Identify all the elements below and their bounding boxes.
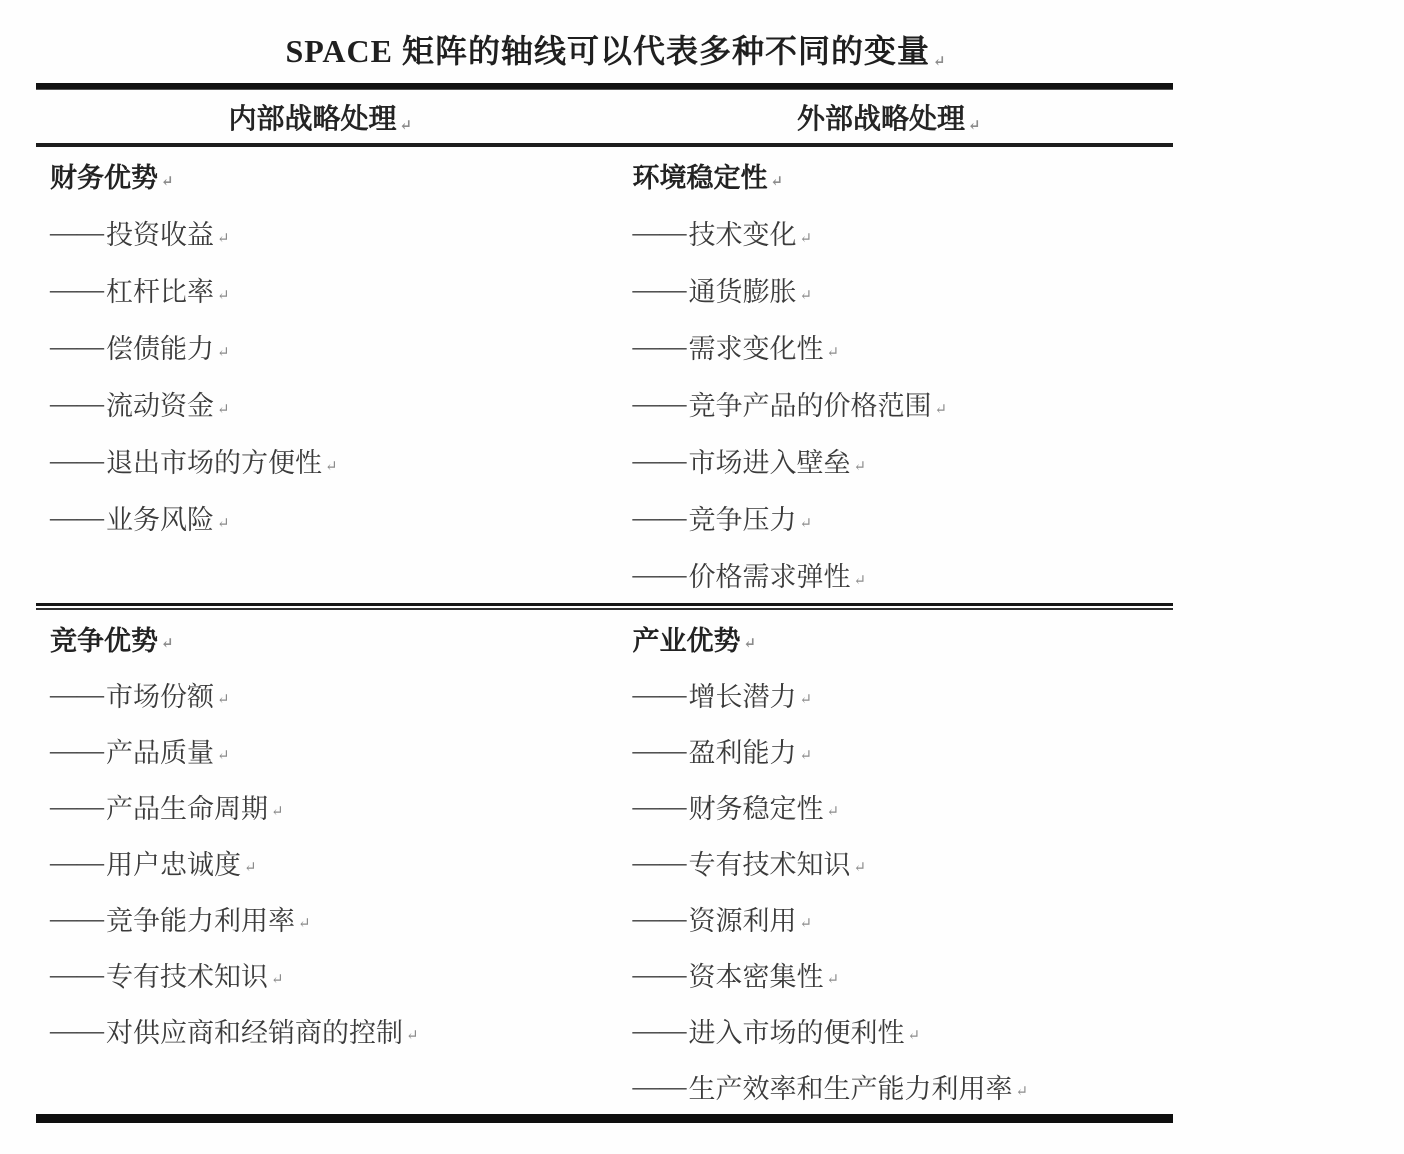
list-item-text: 资源利用 — [689, 899, 797, 938]
item-dash-prefix: —— — [633, 903, 687, 934]
item-dash-prefix: —— — [633, 735, 687, 766]
paragraph-mark: ↵ — [271, 805, 284, 820]
column-header-external: 外部战略处理↵ — [605, 97, 1174, 137]
list-item-text: 竞争产品的价格范围 — [689, 384, 932, 423]
paragraph-mark: ↵ — [827, 346, 840, 361]
paragraph-mark: ↵ — [854, 460, 867, 475]
paragraph-mark: ↵ — [217, 517, 230, 532]
cell-industry-strength: 产业优势↵——增长潜力↵——盈利能力↵——财务稳定性↵——专有技术知识↵——资源… — [605, 610, 1174, 1114]
item-dash-prefix: —— — [50, 903, 104, 934]
paragraph-mark: ↵ — [1016, 1085, 1029, 1100]
item-dash-prefix: —— — [633, 388, 687, 419]
item-dash-prefix: —— — [633, 679, 687, 710]
list-item-text: 竞争能力利用率 — [106, 899, 295, 938]
list-item-text: 流动资金 — [106, 384, 214, 423]
section-heading-text: 财务优势 — [50, 156, 158, 195]
paragraph-mark: ↵ — [935, 403, 948, 418]
list-item-text: 对供应商和经销商的控制 — [106, 1011, 403, 1050]
list-item-text: 业务风险 — [106, 498, 214, 537]
item-dash-prefix: —— — [50, 791, 104, 822]
paragraph-mark: ↵ — [325, 460, 338, 475]
table-header-row: 内部战略处理↵ 外部战略处理↵ — [36, 90, 1173, 143]
item-dash-prefix: —— — [633, 559, 687, 590]
paragraph-mark: ↵ — [800, 517, 813, 532]
list-item: ——偿债能力↵ — [50, 318, 605, 375]
paragraph-mark: ↵ — [800, 693, 813, 708]
space-matrix-table: 内部战略处理↵ 外部战略处理↵ 财务优势↵——投资收益↵——杠杆比率↵——偿债能… — [36, 83, 1173, 1123]
item-dash-prefix: —— — [633, 1071, 687, 1102]
paragraph-mark: ↵ — [244, 861, 257, 876]
table-title: SPACE 矩阵的轴线可以代表多种不同的变量↵ — [36, 26, 1196, 72]
paragraph-mark: ↵ — [827, 973, 840, 988]
item-dash-prefix: —— — [50, 959, 104, 990]
paragraph-mark: ↵ — [854, 574, 867, 589]
list-item: ——竞争压力↵ — [633, 489, 1174, 546]
list-item: ——用户忠诚度↵ — [50, 834, 605, 890]
section-heading: 财务优势↵ — [50, 147, 605, 204]
list-item-text: 进入市场的便利性 — [689, 1011, 905, 1050]
list-item-text: 退出市场的方便性 — [106, 441, 322, 480]
item-dash-prefix: —— — [50, 1015, 104, 1046]
list-item-text: 产品生命周期 — [106, 787, 268, 826]
paragraph-mark: ↵ — [933, 55, 947, 70]
list-item: ——盈利能力↵ — [633, 722, 1174, 778]
list-item: ——市场份额↵ — [50, 666, 605, 722]
list-item: ——竞争能力利用率↵ — [50, 890, 605, 946]
table-section-bottom: 竞争优势↵——市场份额↵——产品质量↵——产品生命周期↵——用户忠诚度↵——竞争… — [36, 610, 1173, 1114]
list-item: ——退出市场的方便性↵ — [50, 432, 605, 489]
item-dash-prefix: —— — [633, 445, 687, 476]
list-item: ——价格需求弹性↵ — [633, 546, 1174, 603]
list-item: ——业务风险↵ — [50, 489, 605, 546]
list-item-text: 投资收益 — [106, 213, 214, 252]
list-item-text: 资本密集性 — [689, 955, 824, 994]
list-item: ——流动资金↵ — [50, 375, 605, 432]
paragraph-mark: ↵ — [744, 637, 757, 652]
cell-competitive-advantage: 竞争优势↵——市场份额↵——产品质量↵——产品生命周期↵——用户忠诚度↵——竞争… — [36, 610, 605, 1058]
item-dash-prefix: —— — [633, 502, 687, 533]
paragraph-mark: ↵ — [800, 917, 813, 932]
paragraph-mark: ↵ — [800, 749, 813, 764]
list-item-text: 通货膨胀 — [689, 270, 797, 309]
scanned-document-page: SPACE 矩阵的轴线可以代表多种不同的变量↵ 内部战略处理↵ 外部战略处理↵ … — [0, 0, 1404, 1154]
item-dash-prefix: —— — [50, 388, 104, 419]
item-dash-prefix: —— — [50, 274, 104, 305]
table-title-text: SPACE 矩阵的轴线可以代表多种不同的变量 — [285, 33, 930, 69]
list-item: ——资本密集性↵ — [633, 946, 1174, 1002]
list-item-text: 市场进入壁垒 — [689, 441, 851, 480]
list-item: ——生产效率和生产能力利用率↵ — [633, 1058, 1174, 1114]
column-header-text: 内部战略处理 — [228, 104, 396, 135]
item-dash-prefix: —— — [633, 959, 687, 990]
section-heading: 竞争优势↵ — [50, 610, 605, 666]
list-item: ——增长潜力↵ — [633, 666, 1174, 722]
item-dash-prefix: —— — [633, 791, 687, 822]
paragraph-mark: ↵ — [800, 289, 813, 304]
paragraph-mark: ↵ — [771, 175, 784, 190]
paragraph-mark: ↵ — [217, 693, 230, 708]
section-heading-text: 竞争优势 — [50, 619, 158, 658]
list-item-text: 专有技术知识 — [106, 955, 268, 994]
section-heading-text: 环境稳定性 — [633, 156, 768, 195]
list-item-text: 财务稳定性 — [689, 787, 824, 826]
item-dash-prefix: —— — [50, 445, 104, 476]
paragraph-mark: ↵ — [854, 861, 867, 876]
item-dash-prefix: —— — [50, 735, 104, 766]
paragraph-mark: ↵ — [271, 973, 284, 988]
section-heading-text: 产业优势 — [633, 619, 741, 658]
paragraph-mark: ↵ — [217, 749, 230, 764]
paragraph-mark: ↵ — [800, 232, 813, 247]
list-item-text: 竞争压力 — [689, 498, 797, 537]
item-dash-prefix: —— — [50, 679, 104, 710]
list-item-text: 技术变化 — [689, 213, 797, 252]
column-header-internal: 内部战略处理↵ — [36, 97, 605, 137]
paragraph-mark: ↵ — [217, 346, 230, 361]
list-item-text: 专有技术知识 — [689, 843, 851, 882]
list-item: ——进入市场的便利性↵ — [633, 1002, 1174, 1058]
list-item-text: 价格需求弹性 — [689, 555, 851, 594]
list-item: ——市场进入壁垒↵ — [633, 432, 1174, 489]
list-item: ——竞争产品的价格范围↵ — [633, 375, 1174, 432]
paragraph-mark: ↵ — [161, 175, 174, 190]
item-dash-prefix: —— — [633, 274, 687, 305]
section-divider-rule — [36, 603, 1173, 610]
item-dash-prefix: —— — [50, 502, 104, 533]
paragraph-mark: ↵ — [908, 1029, 921, 1044]
list-item: ——对供应商和经销商的控制↵ — [50, 1002, 605, 1058]
table-top-rule — [36, 83, 1173, 90]
list-item: ——杠杆比率↵ — [50, 261, 605, 318]
list-item: ——技术变化↵ — [633, 204, 1174, 261]
paragraph-mark: ↵ — [161, 637, 174, 652]
list-item-text: 增长潜力 — [689, 675, 797, 714]
paragraph-mark: ↵ — [217, 232, 230, 247]
list-item: ——产品生命周期↵ — [50, 778, 605, 834]
paragraph-mark: ↵ — [827, 805, 840, 820]
paragraph-mark: ↵ — [406, 1029, 419, 1044]
item-dash-prefix: —— — [50, 331, 104, 362]
column-header-text: 外部战略处理 — [797, 104, 965, 135]
list-item: ——通货膨胀↵ — [633, 261, 1174, 318]
item-dash-prefix: —— — [633, 1015, 687, 1046]
paragraph-mark: ↵ — [399, 119, 412, 134]
list-item-text: 需求变化性 — [689, 327, 824, 366]
item-dash-prefix: —— — [633, 217, 687, 248]
list-item-text: 用户忠诚度 — [106, 843, 241, 882]
cell-financial-strength: 财务优势↵——投资收益↵——杠杆比率↵——偿债能力↵——流动资金↵——退出市场的… — [36, 147, 605, 546]
item-dash-prefix: —— — [633, 331, 687, 362]
table-section-top: 财务优势↵——投资收益↵——杠杆比率↵——偿债能力↵——流动资金↵——退出市场的… — [36, 147, 1173, 603]
list-item-text: 杠杆比率 — [106, 270, 214, 309]
list-item: ——专有技术知识↵ — [633, 834, 1174, 890]
paragraph-mark: ↵ — [217, 289, 230, 304]
list-item: ——需求变化性↵ — [633, 318, 1174, 375]
cell-environment-stability: 环境稳定性↵——技术变化↵——通货膨胀↵——需求变化性↵——竞争产品的价格范围↵… — [605, 147, 1174, 603]
section-heading: 产业优势↵ — [633, 610, 1174, 666]
paragraph-mark: ↵ — [217, 403, 230, 418]
list-item-text: 产品质量 — [106, 731, 214, 770]
list-item-text: 盈利能力 — [689, 731, 797, 770]
list-item: ——投资收益↵ — [50, 204, 605, 261]
table-bottom-rule — [36, 1114, 1173, 1123]
list-item: ——财务稳定性↵ — [633, 778, 1174, 834]
section-heading: 环境稳定性↵ — [633, 147, 1174, 204]
paragraph-mark: ↵ — [298, 917, 311, 932]
list-item-text: 偿债能力 — [106, 327, 214, 366]
list-item-text: 生产效率和生产能力利用率 — [689, 1067, 1013, 1106]
list-item: ——专有技术知识↵ — [50, 946, 605, 1002]
item-dash-prefix: —— — [50, 217, 104, 248]
list-item: ——资源利用↵ — [633, 890, 1174, 946]
item-dash-prefix: —— — [633, 847, 687, 878]
list-item: ——产品质量↵ — [50, 722, 605, 778]
list-item-text: 市场份额 — [106, 675, 214, 714]
paragraph-mark: ↵ — [968, 119, 981, 134]
item-dash-prefix: —— — [50, 847, 104, 878]
